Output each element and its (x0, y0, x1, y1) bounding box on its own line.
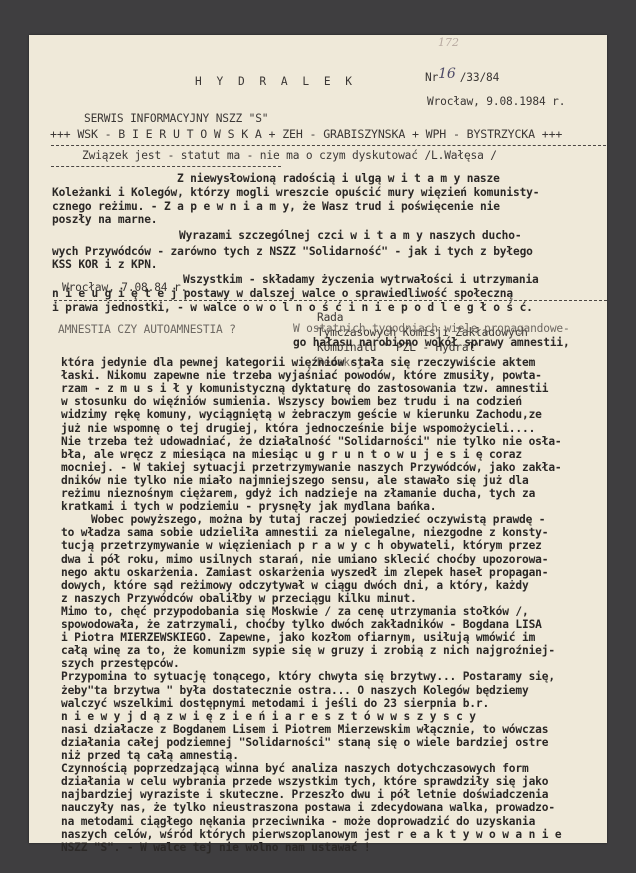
issue-prefix: Nr (425, 71, 438, 84)
article-date: Wrocław, 7.08.84 r. (62, 281, 187, 294)
divider (54, 300, 607, 301)
article-line: widzimy rękę komuny, wyciągniętą w żebra… (61, 408, 542, 421)
archive-number: 172 (438, 36, 459, 49)
article-intro-line: W ostatnich tygodniach wiele propagandow… (293, 322, 570, 335)
motto: Związek jest - statut ma - nie ma o czym… (82, 149, 497, 162)
article-line: niż przed tą całą amnestią. (61, 749, 239, 762)
header-place-date: Wrocław, 9.08.1984 r. (427, 95, 565, 108)
article-line: naszych celów, wśród których pierwszopla… (61, 828, 562, 841)
article-line: nauczyły nas, że tylko nieustraszona pos… (61, 801, 555, 814)
article-intro-line: go hałasu narobiono wokół sprawy amnesti… (293, 336, 570, 349)
article-line: Nie trzeba też udowadniać, że działalnoś… (61, 435, 562, 448)
divider (51, 166, 281, 167)
article-line: łaski. Nikomu zapewne nie trzeba wyjaśni… (61, 369, 542, 382)
article-line: która jedynie dla pewnej kategorii więźn… (61, 356, 535, 369)
article-line: działania całej podziemnej "Solidarności… (61, 736, 548, 749)
article-line: tucją przetrzymywanie w więzieniach p r … (61, 539, 542, 552)
article-line: dników nie tylko nie miało najmniejszego… (61, 474, 529, 487)
article-line: nasi działacze z Bogdanem Lisem i Piotre… (61, 723, 548, 736)
article-line: dwa i pół roku, mimo usilnych starań, ni… (61, 553, 548, 566)
article-line: działania w celu wybrania przede wszystk… (61, 775, 548, 788)
issue-suffix: /33/84 (460, 71, 500, 84)
factories-line: +++ WSK - B I E R U T O W S K A + ZEH - … (50, 128, 562, 141)
article-line: już nie wspomnę o tej drugiej, która jed… (61, 422, 535, 435)
article-line: dowych, które sąd reżimowy odczytywał w … (61, 579, 529, 592)
article-line: Czynnością poprzedzającą winna być anali… (61, 762, 529, 775)
article-line: całą winę za to, że komunizm sypie się w… (61, 644, 555, 657)
article-line: szych przestępców. (61, 657, 180, 670)
greeting-line: Wszystkim - składamy życzenia wytrwałośc… (183, 273, 539, 286)
article-line: walczyć wszelkimi dostępnymi metodami i … (61, 697, 489, 710)
article-line: na metodami ciągłego nękania przeciwnika… (61, 815, 535, 828)
article-line: to władza sama sobie udzieliła amnestii … (61, 526, 548, 539)
article-line: spowodowała, że zatrzymali, choćby tylko… (61, 618, 542, 631)
article-line: NSZZ "S". - W walce tej nie wolno nam us… (61, 841, 371, 854)
article-line: n i e w y j d ą z w i ę z i e ń i a r e … (61, 710, 476, 723)
issue-handwritten: 16 (438, 66, 456, 82)
article-line: Wobec powyższego, można by tutaj raczej … (91, 513, 545, 526)
newsletter-title: H Y D R A L E K (195, 75, 356, 88)
article-line: rzam - z m u s i ł y komunistyczną dykta… (61, 382, 548, 395)
article-line: Mimo to, chęć przypodobania się Moskwie … (61, 605, 529, 618)
article-line: reżimu nieznośnym ciężarem, gdyż ich nad… (61, 487, 535, 500)
divider (51, 145, 606, 146)
article-line: najbardziej wyraziste i skuteczne. Przes… (61, 788, 548, 801)
article-title: AMNESTIA CZY AUTOAMNESTIA ? (58, 323, 236, 336)
greeting-line: Wyrazami szczególnej czci w i t a m y na… (179, 229, 521, 242)
article-line: z naszych Przywódców obaliłby w przeciąg… (61, 592, 417, 605)
article-line: w stosunku do więźniów sumienia. Wszyscy… (61, 395, 522, 408)
service-line: SERWIS INFORMACYJNY NSZZ "S" (84, 112, 268, 125)
document-page: 172 H Y D R A L E K Nr16/33/84 Wrocław, … (29, 35, 607, 843)
greeting-line: i prawa jednostki, - w walce o w o l n o… (52, 301, 533, 314)
article-line: żeby"ta brzytwa " była dostatecznie ostr… (61, 684, 529, 697)
greeting-line: cznego reżimu. - Z a p e w n i a m y, że… (52, 200, 500, 213)
issue-number: Nr16/33/84 (425, 71, 499, 84)
greeting-line: KSS KOR i z KPN. (52, 258, 157, 271)
article-line: nego aktu oskarżenia. Zamiast oskarżenia… (61, 566, 548, 579)
greeting-line: Koleżanki i Kolegów, którzy mogli wreszc… (52, 186, 539, 199)
article-line: mocniej. - W takiej sytuacji przetrzymyw… (61, 461, 562, 474)
greeting-line: poszły na marne. (52, 213, 157, 226)
article-line: i Piotra MIERZEWSKIEGO. Zapewne, jako ko… (61, 631, 535, 644)
greeting-line: wych Przywódców - zarówno tych z NSZZ "S… (52, 245, 533, 258)
article-line: bła, ale wręcz z miesiąca na miesiąc u g… (61, 448, 522, 461)
greeting-line: Z niewysłowioną radością i ulgą w i t a … (177, 172, 500, 185)
article-line: kratkami i tych w podziemiu - prysnęły j… (61, 500, 436, 513)
article-line: Przypomina to sytuację tonącego, który c… (61, 670, 555, 683)
